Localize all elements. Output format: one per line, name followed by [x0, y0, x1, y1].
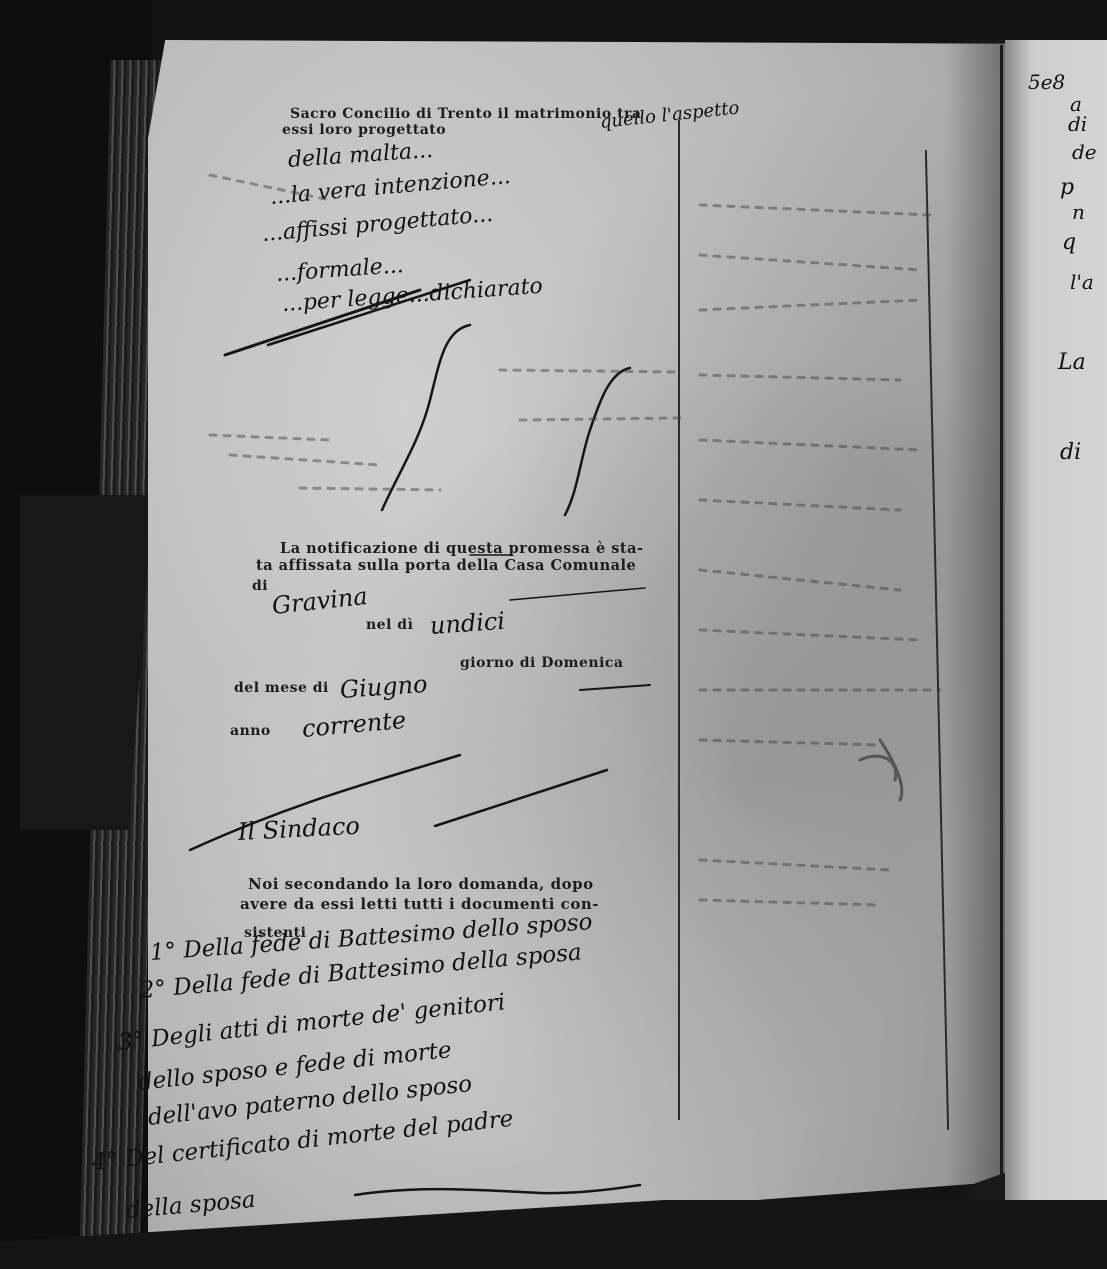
pen-strokes [0, 0, 1107, 1269]
